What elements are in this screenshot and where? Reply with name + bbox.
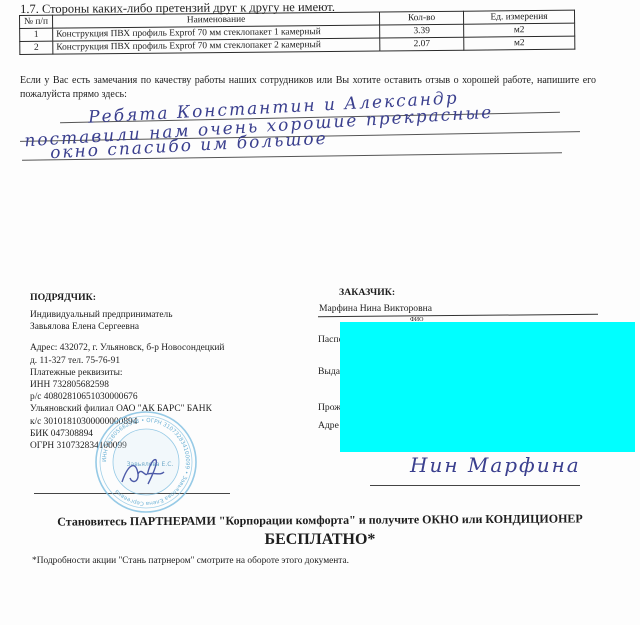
row-qty: 3.39	[380, 24, 464, 38]
row-unit: м2	[464, 23, 575, 37]
contractor-phone: д. 11-327 тел. 75-76-91	[30, 355, 224, 367]
items-table: № п/п Наименование Кол-во Ед. измерения …	[19, 10, 575, 55]
promo-text-post: "Корпорации комфорта" и получите ОКНО ил…	[216, 511, 583, 527]
contractor-signature-icon	[118, 454, 168, 488]
customer-title: ЗАКАЗЧИК:	[339, 287, 395, 298]
promo-text-bold: ПАРТНЕРАМИ	[130, 514, 216, 529]
row-unit: м2	[464, 36, 575, 50]
row-num: 1	[20, 28, 53, 41]
promo-text-pre: Становитесь	[57, 514, 130, 528]
address-label: Адре	[318, 420, 339, 432]
redaction-block	[340, 322, 635, 452]
payment-details-label: Платежные реквизиты:	[30, 367, 224, 379]
promo-headline: Становитесь ПАРТНЕРАМИ "Корпорации комфо…	[0, 512, 640, 528]
contractor-inn: ИНН 732805682598	[30, 379, 224, 391]
issued-by-label: Выда	[318, 366, 340, 378]
row-num: 2	[20, 41, 53, 54]
contractor-account: р/с 40802810651030000676	[30, 391, 224, 403]
contractor-title: ПОДРЯДЧИК:	[30, 292, 96, 303]
customer-signature: Нин Марфина	[410, 453, 581, 477]
contractor-name: Завьялова Елена Сергеевна	[30, 321, 224, 333]
customer-signature-line	[370, 485, 580, 486]
spacer	[30, 333, 224, 342]
promo-free: БЕСПЛАТНО*	[0, 534, 640, 546]
promo-footnote: *Подробности акции "Стань патрнером" смо…	[32, 555, 349, 567]
header-qty: Кол-во	[379, 11, 463, 25]
header-unit: Ед. измерения	[463, 10, 574, 24]
contractor-address: Адрес: 432072, г. Ульяновск, б-р Новосон…	[30, 342, 224, 354]
row-qty: 2.07	[380, 37, 464, 51]
contractor-type: Индивидуальный предприниматель	[30, 309, 224, 321]
residence-label: Прож	[318, 402, 341, 414]
row-name: Конструкция ПВХ профиль Exprof 70 мм сте…	[53, 38, 380, 54]
header-num: № п/п	[20, 15, 53, 28]
